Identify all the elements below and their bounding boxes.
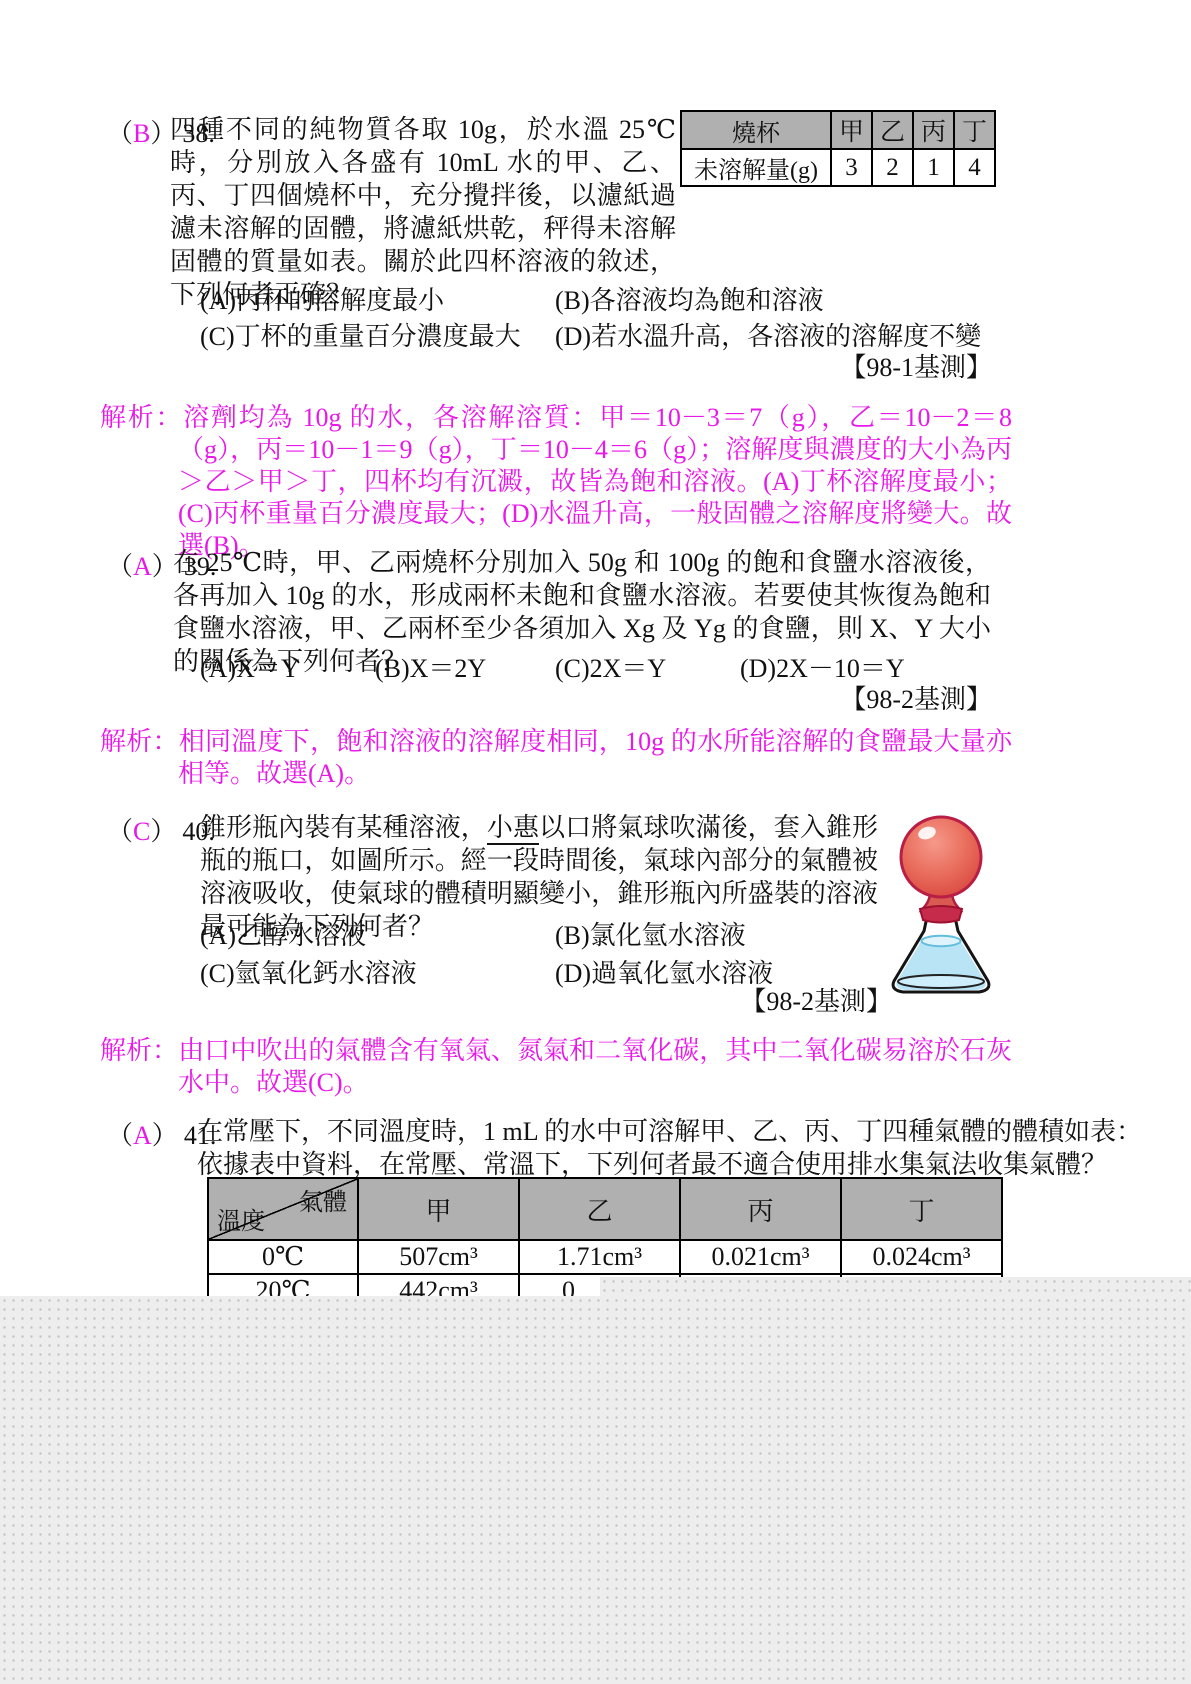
q41-col-ding: 丁 bbox=[841, 1178, 1002, 1240]
q41-value: 507cm³ bbox=[358, 1240, 519, 1274]
q38-table-value: 3 bbox=[831, 149, 872, 186]
document-page: （B）38. 四種不同的純物質各取 10g，於水溫 25℃時，分別放入各盛有 1… bbox=[0, 0, 1191, 1684]
flask-base bbox=[898, 975, 984, 988]
analysis-label: 解析： bbox=[100, 403, 183, 432]
q41-value: 0.024cm³ bbox=[841, 1240, 1002, 1274]
table-header-row: 氣體 溫度 甲 乙 丙 丁 bbox=[208, 1178, 1002, 1240]
q38-table-header-bing: 丙 bbox=[913, 111, 954, 149]
flask-icon bbox=[893, 917, 989, 992]
q41-line2-post: 使用排水集氣法收集氣體？ bbox=[795, 1150, 1107, 1179]
q41-corner-cell: 氣體 溫度 bbox=[208, 1178, 358, 1240]
q38-table-header-jia: 甲 bbox=[831, 111, 872, 149]
q40-option-A: (A)乙醇水溶液 bbox=[200, 915, 366, 952]
q41-value: 1.71cm³ bbox=[519, 1240, 680, 1274]
q38-option-B: (B)各溶液均為飽和溶液 bbox=[555, 280, 824, 317]
analysis-text: 溶劑均為 10g 的水，各溶解溶質：甲＝10－3＝7（g），乙＝10－2＝8（g… bbox=[178, 403, 1012, 560]
table-row: 燒杯 甲 乙 丙 丁 bbox=[681, 111, 995, 149]
q38-table-value: 1 bbox=[913, 149, 954, 186]
analysis-label: 解析： bbox=[100, 1036, 178, 1065]
analysis-text: 相同溫度下，飽和溶液的溶解度相同，10g 的水所能溶解的食鹽最大量亦相等。故選(… bbox=[178, 727, 1012, 788]
paren-open: （ bbox=[107, 552, 133, 581]
q38-table-value: 4 bbox=[954, 149, 995, 186]
q40-underlined-name: 小惠 bbox=[487, 813, 539, 845]
paren-open: （ bbox=[107, 817, 133, 846]
dots-pattern-region bbox=[0, 1296, 1191, 1684]
q38-table-row-label: 未溶解量(g) bbox=[681, 149, 831, 186]
answer-letter-40: C bbox=[133, 817, 150, 846]
table-row: 未溶解量(g) 3 2 1 4 bbox=[681, 149, 995, 186]
question-41-line1: 在常壓下，不同溫度時，1 mL 的水中可溶解甲、乙、丙、丁四種氣體的體積如表： bbox=[197, 1115, 1002, 1148]
q38-undissolved-table: 燒杯 甲 乙 丙 丁 未溶解量(g) 3 2 1 4 bbox=[680, 110, 996, 187]
q41-col-bing: 丙 bbox=[680, 1178, 841, 1240]
balloon-icon bbox=[901, 817, 981, 923]
q38-table-header-ding: 丁 bbox=[954, 111, 995, 149]
table-row-0c: 0℃ 507cm³ 1.71cm³ 0.021cm³ 0.024cm³ bbox=[208, 1240, 1002, 1274]
paren-open: （ bbox=[107, 119, 133, 148]
corner-label-temp: 溫度 bbox=[217, 1201, 265, 1236]
analysis-label: 解析： bbox=[100, 727, 179, 756]
q38-option-A: (A)丙杯的溶解度最小 bbox=[200, 280, 444, 317]
corner-label-gas: 氣體 bbox=[299, 1182, 347, 1217]
balloon-knot bbox=[920, 906, 962, 923]
q40-text-pre: 錐形瓶內裝有某種溶液， bbox=[200, 813, 487, 842]
q41-temp-0: 0℃ bbox=[208, 1240, 358, 1274]
dots-pattern-strip bbox=[600, 1277, 1191, 1296]
q39-analysis: 解析：相同溫度下，飽和溶液的溶解度相同，10g 的水所能溶解的食鹽最大量亦相等。… bbox=[100, 726, 1012, 790]
q38-source-tag: 【98-1基測】 bbox=[100, 347, 992, 384]
answer-letter-41: A bbox=[133, 1121, 152, 1150]
q40-source-tag: 【98-2基測】 bbox=[100, 981, 892, 1018]
answer-letter-39: A bbox=[133, 552, 152, 581]
question-40-answer: （C）40. bbox=[107, 811, 215, 848]
paren-close: ） bbox=[152, 1121, 178, 1150]
q38-table-header-beaker: 燒杯 bbox=[681, 111, 831, 149]
q41-line2-pre: 依據表中資料，在常壓、常溫下，下列何者 bbox=[197, 1150, 691, 1179]
q38-table-value: 2 bbox=[872, 149, 913, 186]
q39-source-tag: 【98-2基測】 bbox=[100, 679, 992, 716]
paren-open: （ bbox=[107, 1121, 133, 1150]
q41-col-jia: 甲 bbox=[358, 1178, 519, 1240]
q38-table-header-yi: 乙 bbox=[872, 111, 913, 149]
q41-col-yi: 乙 bbox=[519, 1178, 680, 1240]
paren-close: ） bbox=[150, 817, 176, 846]
q38-analysis: 解析：溶劑均為 10g 的水，各溶解溶質：甲＝10－3＝7（g），乙＝10－2＝… bbox=[100, 402, 1012, 562]
answer-letter-38: B bbox=[133, 119, 150, 148]
flask-balloon-illustration bbox=[876, 810, 1008, 1006]
analysis-text: 由口中吹出的氣體含有氧氣、氮氣和二氧化碳，其中二氧化碳易溶於石灰水中。故選(C)… bbox=[178, 1036, 1012, 1097]
q40-option-B: (B)氯化氫水溶液 bbox=[555, 915, 746, 952]
liquid-surface bbox=[922, 936, 961, 946]
q40-analysis: 解析：由口中吹出的氣體含有氧氣、氮氣和二氧化碳，其中二氧化碳易溶於石灰水中。故選… bbox=[100, 1035, 1012, 1099]
q41-value: 0.021cm³ bbox=[680, 1240, 841, 1274]
